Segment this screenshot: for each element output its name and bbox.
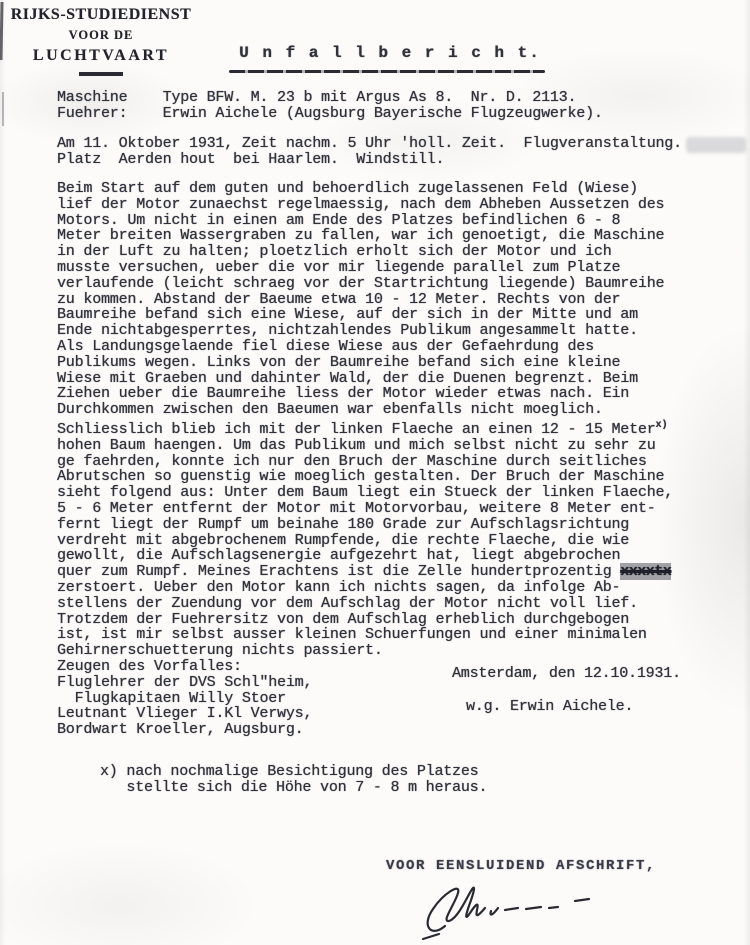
accident-report-page: RIJKS-STUDIEDIENST VOOR DE LUCHTVAART U … [0, 0, 750, 945]
body-part3: zerstoert. Ueber den Motor kann ich nich… [57, 579, 647, 659]
struck-word: xxxxtx [620, 563, 671, 580]
scan-edge-artifact [2, 92, 4, 126]
letterhead-line2: VOOR DE [6, 28, 196, 43]
body-part1: Beim Start auf dem guten und behoerdlich… [57, 180, 664, 438]
letterhead-rule [79, 72, 123, 76]
ink-smudge [686, 137, 746, 153]
report-title: U n f a l l b e r i c h t. [225, 46, 555, 62]
letterhead-line1: RIJKS-STUDIEDIENST [6, 6, 196, 24]
footnote-marker: x) [656, 420, 668, 431]
witness-list: Zeugen des Vorfalles: Fluglehrer der DVS… [57, 659, 312, 738]
footnote: x) nach nochmalige Besichtigung des Plat… [100, 764, 487, 796]
title-underline [229, 70, 545, 73]
signature [415, 876, 650, 945]
report-body: Beim Start auf dem guten und behoerdlich… [57, 181, 717, 659]
scan-edge-artifact [0, 2, 4, 60]
letterhead-line3: LUCHTVAART [6, 47, 196, 65]
certification-line: VOOR EENSLUIDEND AFSCHRIFT, [386, 859, 656, 875]
signed-name: w.g. Erwin Aichele. [466, 699, 633, 715]
body-part2: hohen Baum haengen. Um das Publikum und … [57, 437, 673, 580]
machine-info: Maschine Type BFW. M. 23 b mit Argus As … [57, 90, 603, 122]
date-block: Am 11. Oktober 1931, Zeit nachm. 5 Uhr '… [57, 136, 682, 168]
place-date: Amsterdam, den 12.10.1931. [452, 666, 681, 682]
letterhead: RIJKS-STUDIEDIENST VOOR DE LUCHTVAART [6, 6, 196, 76]
